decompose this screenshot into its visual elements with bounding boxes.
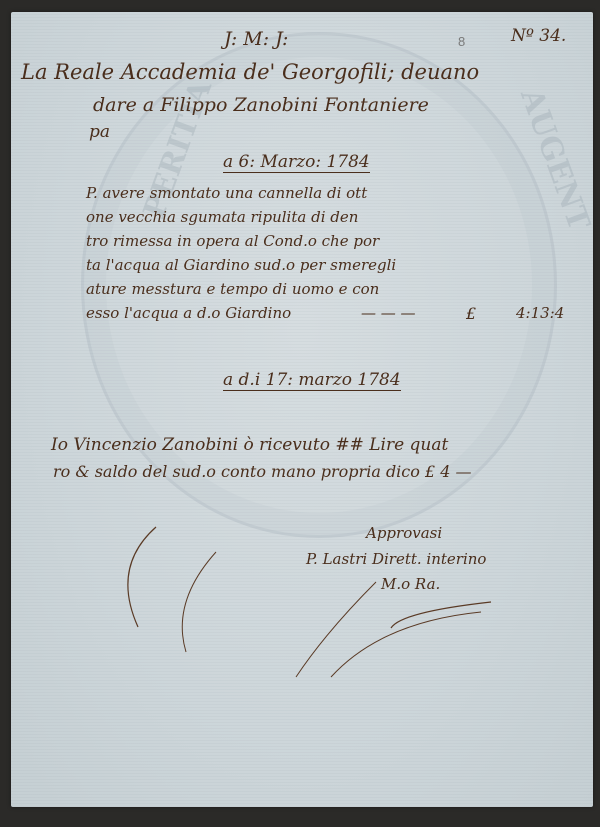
entry-line-3: tro rimessa in opera al Cond.o che por <box>86 232 379 250</box>
page-number: Nº 34. <box>511 26 566 46</box>
entry-date: a 6: Marzo: 1784 <box>223 152 370 173</box>
entry-dashes: — — — <box>361 304 416 322</box>
invocation: J: M: J: <box>224 28 288 50</box>
pencil-folio-number: 8 <box>458 34 465 49</box>
document-page: PERITIA AUGENT J: M: J: 8 Nº 34. La Real… <box>11 12 593 807</box>
entry-line-2: one vecchia sgumata ripulita di den <box>86 208 358 226</box>
receipt-line-2: ro & saldo del sud.o conto mano propria … <box>53 462 472 481</box>
entry-line-5: ature messtura e tempo di uomo e con <box>86 280 379 298</box>
entry-line-4: ta l'acqua al Giardino sud.o per smeregl… <box>86 256 396 274</box>
entry-amount: 4:13:4 <box>516 304 564 322</box>
entry-line-1: P. avere smontato una cannella di ott <box>86 184 367 202</box>
receipt-line-1: Io Vincenzio Zanobini ò ricevuto ## Lire… <box>51 435 448 455</box>
currency-symbol: £ <box>466 304 476 323</box>
entry-line-6: esso l'acqua a d.o Giardino <box>86 304 291 322</box>
heading-line-1: La Reale Accademia de' Georgofili; deuan… <box>21 60 479 84</box>
heading-line-2: dare a Filippo Zanobini Fontaniere <box>93 94 429 116</box>
approval-line-3: M.o Ra. <box>381 575 440 593</box>
approval-line-1: Approvasi <box>366 524 442 542</box>
approval-line-2: P. Lastri Dirett. interino <box>306 550 486 568</box>
heading-line-3: pa <box>89 122 110 142</box>
receipt-date: a d.i 17: marzo 1784 <box>223 370 401 391</box>
